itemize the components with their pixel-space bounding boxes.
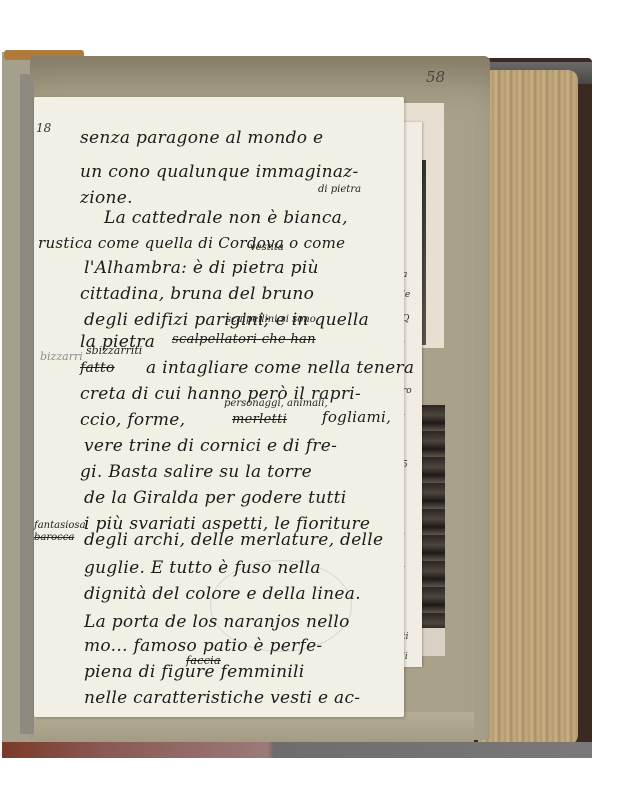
margin-note: sbizzarriti bbox=[86, 344, 142, 357]
manuscript-line: piena di figure femminili bbox=[84, 662, 305, 682]
manuscript-line: dignità del colore e della linea. bbox=[84, 584, 361, 604]
manuscript-line: vere trine di cornici e di fre- bbox=[84, 436, 337, 456]
manuscript-line-tail: fogliami, bbox=[322, 408, 391, 426]
manuscript-line: nelle caratteristiche vesti e ac- bbox=[84, 688, 360, 708]
manuscript-line: de la Giralda per godere tutti bbox=[84, 488, 346, 508]
struck-text: merletti bbox=[232, 412, 287, 427]
manuscript-line: l'Alhambra: è di pietra più bbox=[84, 258, 319, 278]
manuscript-line: La cattedrale non è bianca, bbox=[104, 208, 348, 228]
binding-strip bbox=[20, 74, 34, 734]
manuscript-line: guglie. E tutto è fuso nella bbox=[84, 558, 321, 578]
page-fore-edge bbox=[478, 70, 578, 745]
manuscript-line: cittadina, bruna del bruno bbox=[80, 284, 314, 304]
board-bottom-strip bbox=[2, 742, 592, 758]
sheet-number: 18 bbox=[36, 121, 51, 135]
manuscript-line: un cono qualunque immaginaz- bbox=[80, 162, 359, 182]
manuscript-line: rustica come quella di Cordova o come bbox=[38, 234, 345, 252]
manuscript-line: senza paragone al mondo e bbox=[80, 128, 323, 148]
struck-text: fatto bbox=[80, 360, 115, 376]
manuscript-line: a intagliare come nella tenera bbox=[146, 358, 414, 378]
manuscript-line: gi. Basta salire su la torre bbox=[80, 462, 312, 482]
interlinear-insertion: vestita bbox=[250, 242, 284, 253]
interlinear-insertion: personaggi, animali, bbox=[224, 398, 328, 409]
manuscript-line: zione. bbox=[80, 188, 133, 208]
manuscript-line: degli archi, delle merlature, delle bbox=[84, 530, 383, 550]
margin-note: fantasiosa bbox=[34, 520, 86, 531]
page-number: 58 bbox=[426, 68, 445, 86]
interlinear-insertion: di pietra bbox=[318, 184, 361, 195]
margin-note-struck: barocca bbox=[34, 532, 74, 543]
manuscript-line: mo... famoso patio è perfe- bbox=[84, 636, 322, 656]
interlinear-insertion: scalpellini si sono bbox=[226, 314, 316, 325]
manuscript-line: La porta de los naranjos nello bbox=[84, 612, 350, 632]
manuscript-line: ccio, forme, bbox=[80, 410, 185, 430]
struck-text: scalpellatori che han bbox=[172, 332, 316, 347]
margin-note-faint: bizzarri bbox=[40, 350, 83, 363]
